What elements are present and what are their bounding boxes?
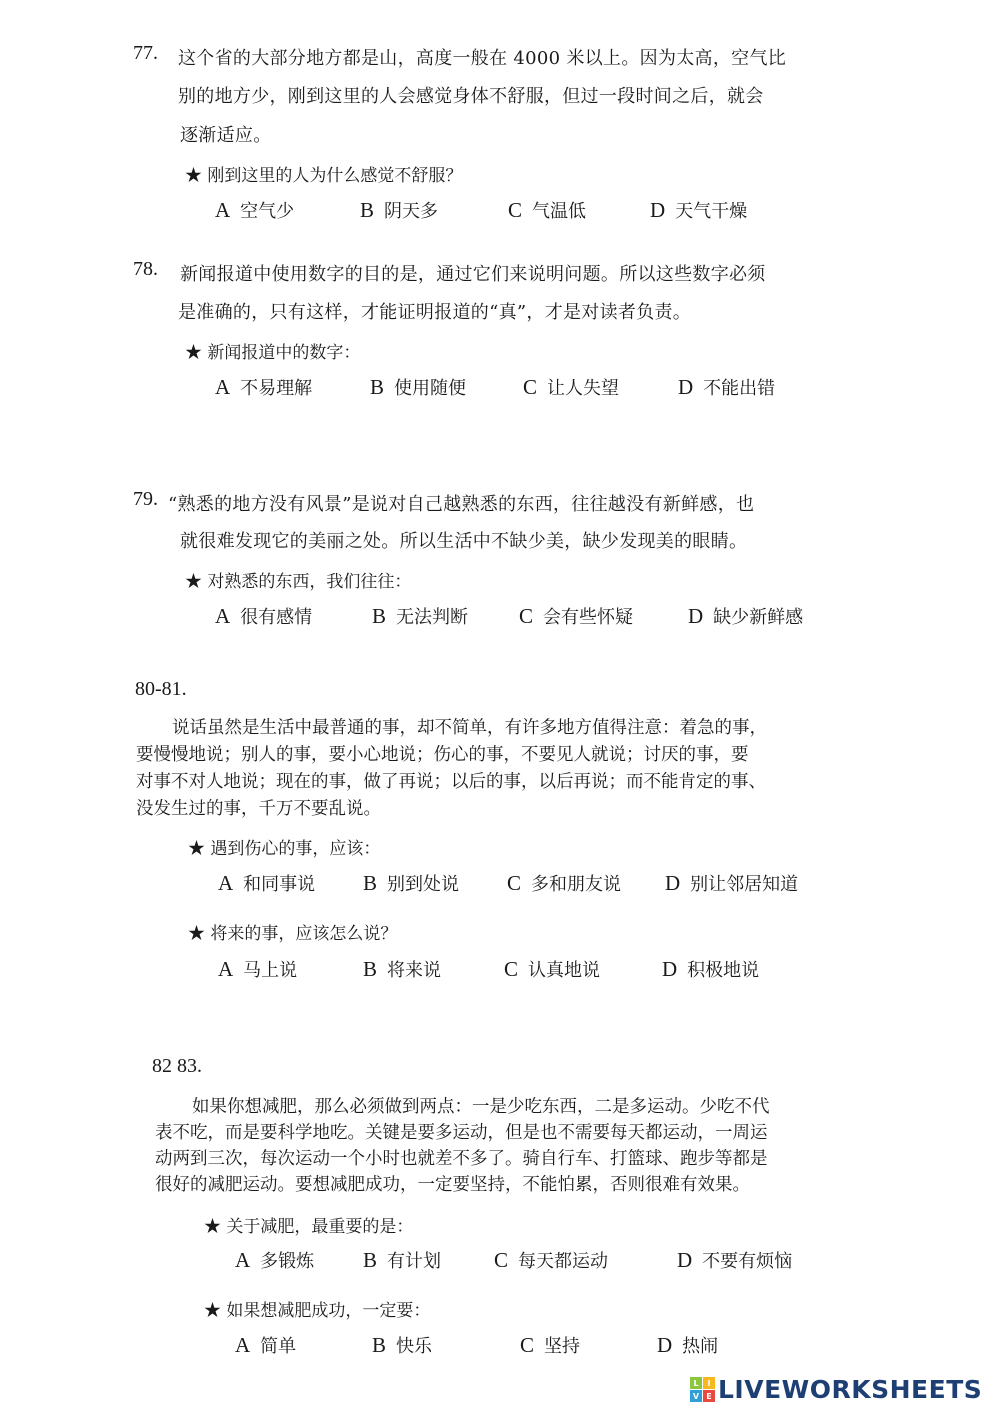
option-c[interactable]: C让人失望: [523, 374, 619, 400]
option-c[interactable]: C气温低: [508, 197, 586, 223]
question-prompt: ★ 对熟悉的东西，我们往往：: [185, 567, 411, 592]
question-prompt: ★ 遇到伤心的事，应该：: [188, 834, 380, 859]
option-d[interactable]: D别让邻居知道: [665, 870, 798, 896]
option-a[interactable]: A和同事说: [218, 870, 315, 896]
passage-line: 别的地方少，刚到这里的人会感觉身体不舒服，但过一段时间之后，就会: [178, 82, 764, 108]
passage-line: 如果你想减肥，那么必须做到两点：一是少吃东西，二是多运动。少吃不代: [192, 1093, 770, 1118]
passage-line: 没发生过的事，千万不要乱说。: [136, 795, 381, 820]
liveworksheets-logo: L I V E LIVEWORKSHEETS: [690, 1375, 982, 1404]
live-logo-icon: L I V E: [690, 1377, 715, 1402]
option-b[interactable]: B快乐: [372, 1332, 432, 1358]
passage-line: 说话虽然是生活中最普通的事，却不简单，有许多地方值得注意：着急的事，: [172, 714, 767, 739]
option-b[interactable]: B使用随便: [370, 374, 466, 400]
question-prompt: ★ 如果想减肥成功，一定要：: [204, 1296, 430, 1321]
option-a[interactable]: A不易理解: [215, 374, 312, 400]
option-b[interactable]: B有计划: [363, 1247, 441, 1273]
option-c[interactable]: C多和朋友说: [507, 870, 621, 896]
option-b[interactable]: B无法判断: [372, 603, 468, 629]
option-a[interactable]: A马上说: [218, 956, 297, 982]
option-c[interactable]: C坚持: [520, 1332, 580, 1358]
option-d[interactable]: D热闹: [657, 1332, 718, 1358]
option-d[interactable]: D不要有烦恼: [677, 1247, 792, 1273]
option-d[interactable]: D天气干燥: [650, 197, 747, 223]
question-prompt: ★ 将来的事，应该怎么说？: [188, 919, 397, 944]
logo-text: LIVEWORKSHEETS: [718, 1375, 982, 1404]
question-prompt: ★ 刚到这里的人为什么感觉不舒服？: [185, 161, 462, 186]
option-a[interactable]: A多锻炼: [235, 1247, 314, 1273]
passage-line: 是准确的，只有这样，才能证明报道的“真”，才是对读者负责。: [178, 298, 691, 324]
passage-line: 新闻报道中使用数字的目的是，通过它们来说明问题。所以这些数字必须: [180, 260, 766, 286]
option-c[interactable]: C认真地说: [504, 956, 600, 982]
passage-line: 就很难发现它的美丽之处。所以生活中不缺少美，缺少发现美的眼睛。: [180, 527, 747, 553]
passage-line: 逐渐适应。: [180, 121, 272, 147]
question-number: 79.: [133, 488, 158, 511]
passage-line: 动两到三次，每次运动一个小时也就差不多了。骑自行车、打篮球、跑步等都是: [155, 1145, 768, 1170]
option-d[interactable]: D不能出错: [678, 374, 775, 400]
question-prompt: ★ 新闻报道中的数字：: [185, 338, 360, 363]
option-a[interactable]: A空气少: [215, 197, 294, 223]
question-prompt: ★ 关于减肥，最重要的是：: [204, 1212, 413, 1237]
option-d[interactable]: D积极地说: [662, 956, 759, 982]
passage-line: 表不吃，而是要科学地吃。关键是要多运动，但是也不需要每天都运动，一周运: [155, 1119, 768, 1144]
option-b[interactable]: B将来说: [363, 956, 441, 982]
option-b[interactable]: B阴天多: [360, 197, 438, 223]
question-number: 78.: [133, 258, 158, 281]
passage-line: 很好的减肥运动。要想减肥成功，一定要坚持，不能怕累，否则很难有效果。: [155, 1171, 750, 1196]
passage-line: “熟悉的地方没有风景”是说对自己越熟悉的东西，往往越没有新鲜感，也: [168, 490, 754, 516]
passage-line: 对事不对人地说；现在的事，做了再说；以后的事，以后再说；而不能肯定的事、: [136, 768, 766, 793]
option-c[interactable]: C每天都运动: [494, 1247, 608, 1273]
option-d[interactable]: D缺少新鲜感: [688, 603, 803, 629]
question-number: 77.: [133, 42, 158, 65]
option-b[interactable]: B别到处说: [363, 870, 459, 896]
option-a[interactable]: A很有感情: [215, 603, 312, 629]
question-number: 82 83.: [152, 1055, 202, 1078]
passage-line: 这个省的大部分地方都是山，高度一般在 4000 米以上。因为太高，空气比: [178, 44, 786, 70]
question-number: 80-81.: [135, 678, 187, 701]
passage-line: 要慢慢地说；别人的事，要小心地说；伤心的事，不要见人就说；讨厌的事，要: [136, 741, 749, 766]
option-a[interactable]: A简单: [235, 1332, 296, 1358]
option-c[interactable]: C会有些怀疑: [519, 603, 633, 629]
